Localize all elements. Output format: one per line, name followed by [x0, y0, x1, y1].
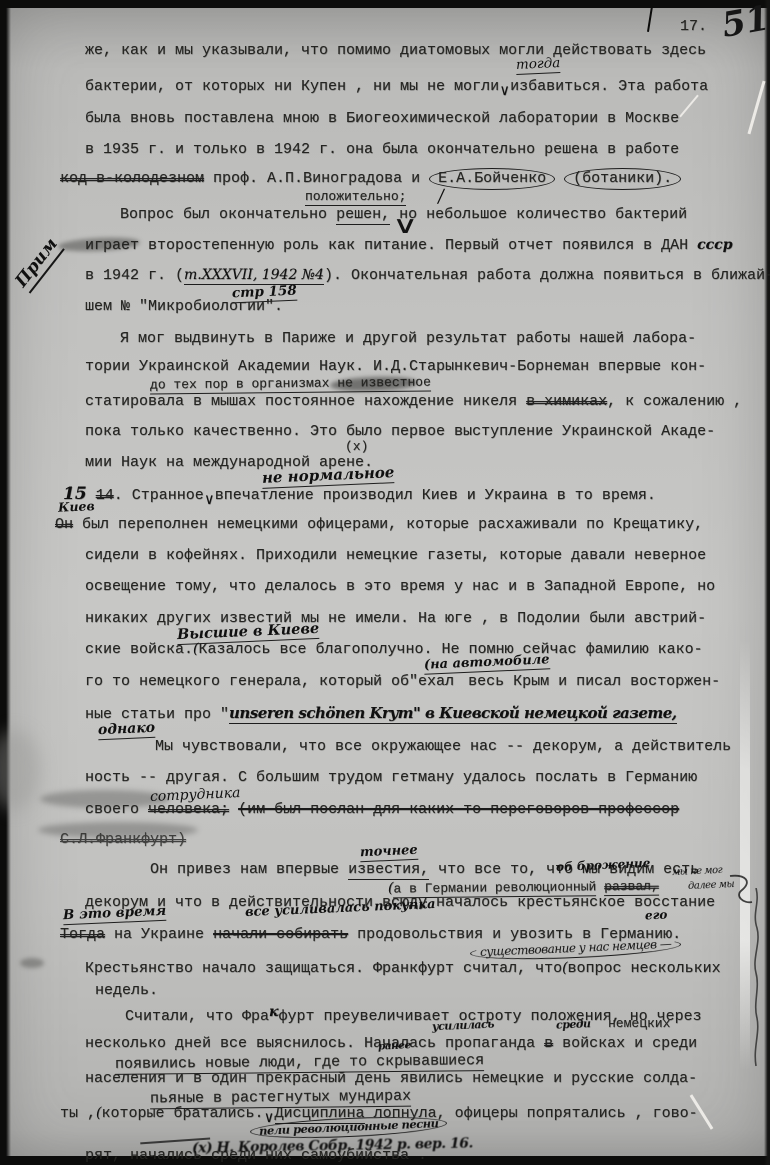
typed-text: играет второстепенную роль как питание. …	[85, 237, 688, 254]
hand-citation: т.XXXVII, 1942 №4	[184, 267, 324, 285]
struck-text: Тогда	[60, 926, 105, 943]
hand-annotation-german: unseren schönen Krym" в Киевской немецко…	[229, 704, 676, 724]
typed-text: вопрос нескольких	[568, 960, 721, 977]
typed-text: ность -- другая. С большим трудом гетман…	[85, 769, 697, 786]
typed-line: тории Украинской Академии Наук. И.Д.Стар…	[85, 358, 706, 375]
scanned-document-page: 17. 51 же, как и мы указывали, что помим…	[0, 0, 770, 1165]
typed-text: Мы чувствовали, что все окружающее нас -…	[155, 738, 731, 755]
typed-text: впечатление производил Киев и Украина в …	[215, 487, 656, 504]
typed-line: код в-колодезном проф. А.П.Виноградова и…	[60, 170, 681, 187]
insert-line: немецких	[608, 1017, 670, 1032]
caret-mark: ∨	[500, 83, 509, 100]
typed-insert-text: до тех пор в организмах не известное	[150, 375, 431, 395]
scan-edge-top	[0, 0, 770, 8]
typed-text: ). Окончательная работа должна появиться…	[324, 267, 770, 284]
typed-text: сидели в кофейнях. Приходили немецкие га…	[85, 547, 706, 564]
typed-line: же, как и мы указывали, что помимо диато…	[85, 42, 706, 59]
typed-text: шем № "Микробиологии".	[85, 298, 283, 315]
scratch-mark	[747, 81, 765, 135]
typed-text: в 1935 г. и только в 1942 г. она была ок…	[85, 141, 679, 158]
caret-mark: ∨	[205, 492, 214, 509]
typed-line: в 1942 г. (т.XXXVII, 1942 №4). Окончател…	[85, 267, 770, 284]
insert-line: до тех пор в организмах не известное	[150, 376, 431, 394]
typed-text: была вновь поставлена мною в Биогеохимич…	[85, 110, 679, 127]
hand-correction: к	[269, 1004, 278, 1020]
oval-annotation: Е.А.Бойченко	[429, 168, 555, 190]
typed-text: избавиться. Эта работа	[510, 78, 708, 95]
hand-annotation: ранее	[378, 1039, 411, 1052]
underlined-text: известия,	[348, 861, 429, 880]
struck-text: код в-колодезном	[60, 170, 204, 187]
typed-line: Мы чувствовали, что все окружающее нас -…	[155, 738, 731, 755]
typed-text: . Странное	[114, 487, 204, 504]
typed-text: на Украине	[114, 926, 204, 943]
fold-mark	[647, 6, 653, 32]
typed-line: Он был переполнен немецкими офицерами, к…	[55, 516, 703, 533]
typed-text: Я мог выдвинуть в Париже и другой резуль…	[120, 330, 696, 347]
typed-text: ские войска.	[85, 641, 193, 658]
typed-text: ные статьи про "	[85, 706, 229, 723]
margin-scrawl-mark	[748, 888, 764, 1078]
typed-line: го то немецкого генерала, который об"еха…	[85, 673, 720, 690]
typed-line: сидели в кофейнях. Приходили немецкие га…	[85, 547, 706, 564]
struck-text: 14	[96, 487, 114, 504]
hand-annotation: однако	[98, 720, 156, 740]
typed-line: Крестьянство начало защищаться. Франкфур…	[85, 960, 721, 977]
scan-edge-left	[0, 0, 11, 1165]
struck-text: начали собирать	[213, 926, 348, 943]
typed-line: ские войска.(Казалось все благополучно. …	[85, 641, 703, 658]
typed-text: тории Украинской Академии Наук. И.Д.Стар…	[85, 358, 706, 375]
typed-text: недель.	[95, 982, 158, 999]
pen-mark: ∕	[438, 186, 445, 207]
typed-text: бактерии, от которых ни Купен , ни мы не…	[85, 78, 499, 95]
margin-scrawl: мы не мог	[672, 865, 723, 878]
footnote-scrawl: (х) Н. Королев Собр. 1942 р. вер. 16.	[192, 1136, 473, 1157]
typed-text: которые братались.	[101, 1105, 263, 1122]
hand-annotation: усилилась	[432, 1018, 494, 1034]
struck-text: в	[544, 1035, 553, 1052]
underlined-text: решен,	[336, 206, 390, 225]
struck-text: Он	[55, 516, 73, 533]
typed-text: Вопрос был окончательно	[120, 206, 327, 223]
typed-text: своего	[85, 801, 139, 818]
hand-annotation: ссср	[697, 237, 732, 253]
typed-line: была вновь поставлена мною в Биогеохимич…	[85, 110, 679, 127]
typed-text: Он привез нам	[150, 861, 267, 878]
typed-line: ные статьи про "unseren schönen Krym" в …	[85, 704, 677, 723]
typed-line: ность -- другая. С большим трудом гетман…	[85, 769, 697, 786]
scratch-mark	[679, 95, 699, 118]
typed-line: в 1935 г. и только в 1942 г. она была ок…	[85, 141, 679, 158]
hand-annotation: среди	[556, 1017, 591, 1031]
typed-text: , к сожалению ,	[607, 393, 742, 410]
typed-line: С.Л.Франкфурт)	[60, 831, 186, 848]
typed-text: несколько дней все выяснилось. Началась …	[85, 1035, 535, 1052]
hand-annotation: В это время	[63, 903, 167, 925]
typed-text: в 1942 г. (	[85, 267, 184, 284]
insert-line: положительно;	[305, 190, 406, 205]
typed-line: своего человека; (им был послан для каки…	[85, 801, 679, 818]
struck-text: в химиках	[526, 393, 607, 410]
struck-text: (им был послан для каких то переговоров …	[238, 801, 679, 818]
typed-text: статировала в мышах постоянное нахождени…	[85, 393, 517, 410]
typed-line: недель.	[95, 982, 158, 999]
typed-line: никаких других известий мы не имели. На …	[85, 610, 706, 627]
typed-line: Я мог выдвинуть в Париже и другой резуль…	[120, 330, 696, 347]
typed-text: но небольшое количество бактерий	[399, 206, 687, 223]
typed-insert-text: положительно;	[305, 189, 406, 206]
pen-brace-mark	[728, 872, 754, 906]
scan-edge-right	[764, 0, 770, 1165]
typed-line: бактерии, от которых ни Купен , ни мы не…	[85, 78, 708, 95]
typed-text: Считали, что Фра	[125, 1008, 269, 1025]
margin-note: Прим	[11, 234, 65, 293]
typed-line: 15 14. Странное∨впечатление производил К…	[63, 484, 656, 504]
footnote-mark: (х)	[345, 440, 368, 455]
oval-annotation: (ботаники).	[564, 168, 681, 190]
typed-line: населения и в один прекрасный день явили…	[85, 1070, 697, 1087]
typed-text: ты ,	[60, 1105, 96, 1122]
typed-line: играет второстепенную роль как питание. …	[85, 237, 733, 254]
typed-text: продовольствия и увозить	[357, 926, 573, 943]
typed-text: Крестьянство начало защищаться. Франкфур…	[85, 960, 562, 977]
typed-text: (х)	[345, 439, 368, 454]
typed-text: весь Крым и писал восторжен-	[468, 673, 720, 690]
typed-text: пока только качественно. Это было первое…	[85, 423, 715, 440]
hand-annotation: тогда	[516, 55, 561, 75]
page-number: 17.	[680, 18, 707, 35]
hand-annotation: точнее	[360, 843, 418, 863]
paper-stain	[0, 730, 40, 810]
typed-text: войсках и среди	[562, 1035, 697, 1052]
typed-text: проф. А.П.Виноградова и	[213, 170, 420, 187]
typed-line: шем № "Микробиологии".	[85, 298, 283, 315]
typed-text: впервые	[276, 861, 339, 878]
page-number-text: 17.	[680, 18, 707, 35]
typed-text: же, как и мы указывали, что помимо диато…	[85, 42, 706, 59]
typed-text: никаких других известий мы не имели. На …	[85, 610, 706, 627]
typed-line: освещение тому, что делалось в это время…	[85, 578, 715, 595]
typed-text: Казалось все благополучно. Не помню сейч…	[199, 641, 703, 658]
typed-text: освещение тому, что делалось в это время…	[85, 578, 715, 595]
hand-annotation: Киев	[58, 498, 95, 515]
typed-insert-text: немецких	[608, 1016, 670, 1031]
typed-text: населения и в один прекрасный день явили…	[85, 1070, 697, 1087]
struck-text: человека;	[148, 801, 229, 818]
typed-text: был переполнен немецкими офицерами, кото…	[82, 516, 703, 533]
struck-text: С.Л.Франкфурт)	[60, 831, 186, 848]
pen-page-number: 51	[719, 0, 770, 46]
hand-annotation: его	[645, 908, 668, 923]
typed-line: статировала в мышах постоянное нахождени…	[85, 393, 742, 410]
ink-smudge	[20, 958, 44, 968]
typed-text: го то немецкого генерала, который об"еха…	[85, 673, 454, 690]
typed-line: пока только качественно. Это было первое…	[85, 423, 715, 440]
